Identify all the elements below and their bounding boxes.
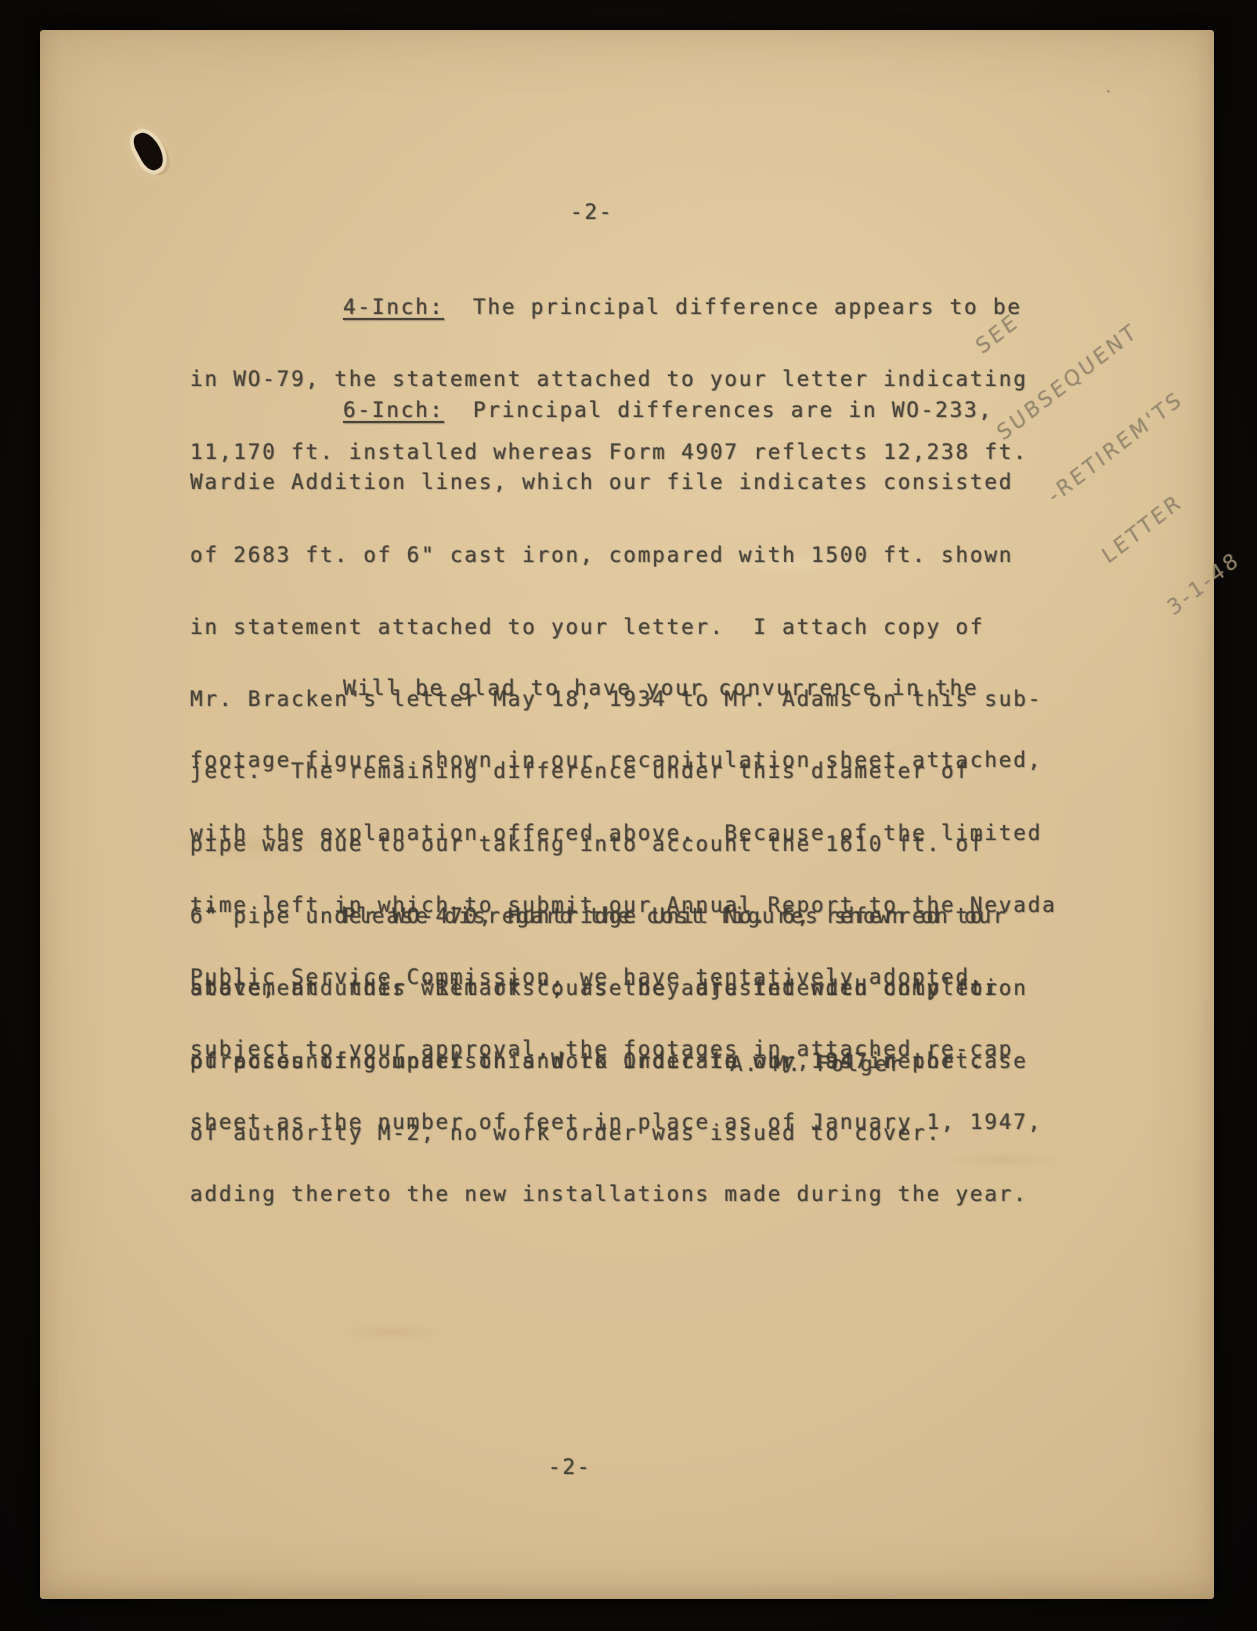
text-line: footage figures shown in our recapitulat…	[190, 748, 1057, 772]
text-line: of 2683 ft. of 6" cast iron, compared wi…	[190, 543, 1042, 567]
text-line: Wardie Addition lines, which our file in…	[190, 470, 1042, 494]
text-line: 4-Inch: The principal difference appears…	[190, 295, 1028, 319]
heading-6-inch: 6-Inch:	[343, 398, 444, 422]
text-line: Will be glad to have your convurrence in…	[190, 676, 1057, 700]
page-number-top: -2-	[570, 200, 613, 224]
annotation-line: SUBSEQUENT	[992, 264, 1211, 447]
text-line: with the explanation offered above. Beca…	[190, 821, 1057, 845]
paper-tear-hole	[130, 128, 168, 174]
signature-name: A. M. Folger	[730, 1052, 903, 1076]
text-line-rest: Please disregard the cost figures shown …	[343, 904, 1007, 928]
page-number-bottom: -2-	[548, 1455, 591, 1479]
text-line-rest: Principal differences are in WO-233,	[444, 398, 993, 422]
text-line: 6-Inch: Principal differences are in WO-…	[190, 398, 1042, 422]
text-line: statement under "Remarks", as they are i…	[190, 976, 1028, 1000]
text-line: of authority M-2, no work order was issu…	[190, 1121, 1028, 1145]
document-page: -2- 4-Inch: The principal difference app…	[40, 30, 1214, 1599]
text-line: Please disregard the cost figures shown …	[190, 904, 1028, 928]
paragraph-disregard-costs: Please disregard the cost figures shown …	[190, 856, 1028, 1193]
scanned-document-background: -2- 4-Inch: The principal difference app…	[0, 0, 1257, 1631]
heading-4-inch: 4-Inch:	[343, 295, 444, 319]
text-line-rest: Will be glad to have your convurrence in…	[343, 676, 979, 700]
